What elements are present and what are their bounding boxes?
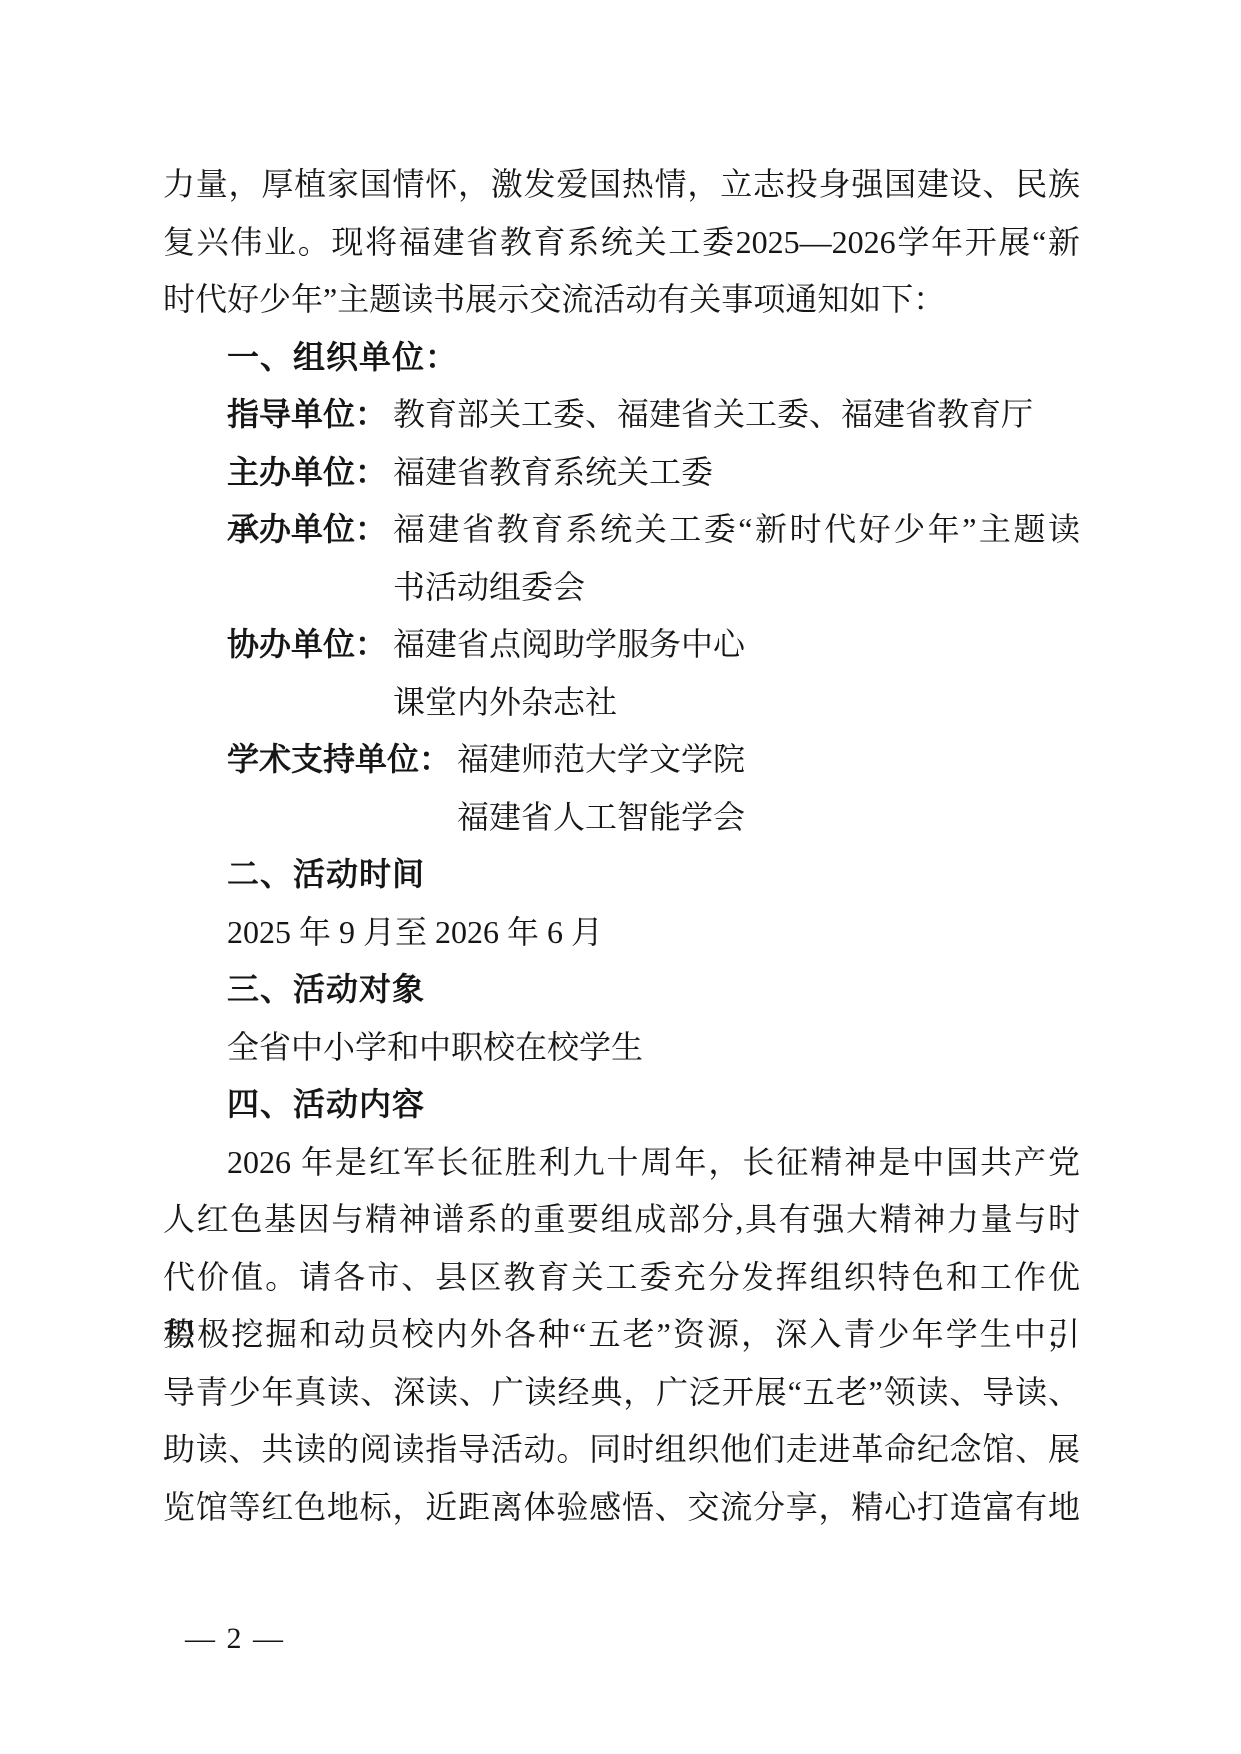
unit-label: 承办单位： bbox=[227, 501, 387, 559]
unit-entry: 承办单位：福建省教育系统关工委“新时代好少年”主题读书活动组委会 bbox=[163, 501, 1080, 616]
unit-entry: 主办单位：福建省教育系统关工委 bbox=[163, 444, 1080, 502]
unit-values: 教育部关工委、福建省关工委、福建省教育厅 bbox=[387, 386, 1080, 444]
unit-value-line: 福建省教育系统关工委 bbox=[393, 444, 1080, 502]
body-line: 2026 年是红军长征胜利九十周年，长征精神是中国共产党 bbox=[163, 1134, 1080, 1192]
body-line: 力量，厚植家国情怀，激发爱国热情，立志投身强国建设、民族 bbox=[163, 156, 1080, 214]
page-number-footer: — 2 — bbox=[185, 1622, 285, 1656]
body-line: 人红色基因与精神谱系的重要组成部分,具有强大精神力量与时 bbox=[163, 1191, 1080, 1249]
unit-label: 学术支持单位： bbox=[227, 731, 451, 789]
plain-line: 全省中小学和中职校在校学生 bbox=[163, 1019, 1080, 1077]
unit-value-line: 课堂内外杂志社 bbox=[393, 674, 1080, 732]
unit-value-line: 教育部关工委、福建省关工委、福建省教育厅 bbox=[393, 386, 1080, 444]
body-line: 复兴伟业。现将福建省教育系统关工委2025—2026学年开展“新 bbox=[163, 214, 1080, 272]
document-content: 力量，厚植家国情怀，激发爱国热情，立志投身强国建设、民族复兴伟业。现将福建省教育… bbox=[163, 156, 1080, 1536]
document-page: 力量，厚植家国情怀，激发爱国热情，立志投身强国建设、民族复兴伟业。现将福建省教育… bbox=[0, 0, 1241, 1754]
unit-label: 指导单位： bbox=[227, 386, 387, 444]
unit-entry: 学术支持单位：福建师范大学文学院福建省人工智能学会 bbox=[163, 731, 1080, 846]
section-heading: 一、组织单位： bbox=[163, 329, 1080, 387]
unit-value-line: 福建省教育系统关工委“新时代好少年”主题读 bbox=[393, 501, 1080, 559]
unit-value-line: 福建省人工智能学会 bbox=[457, 789, 1080, 847]
unit-label: 主办单位： bbox=[227, 444, 387, 502]
body-line: 积极挖掘和动员校内外各种“五老”资源，深入青少年学生中引 bbox=[163, 1306, 1080, 1364]
section-heading: 三、活动对象 bbox=[163, 961, 1080, 1019]
section-heading: 四、活动内容 bbox=[163, 1076, 1080, 1134]
body-line: 代价值。请各市、县区教育关工委充分发挥组织特色和工作优势， bbox=[163, 1249, 1080, 1307]
body-line: 时代好少年”主题读书展示交流活动有关事项通知如下： bbox=[163, 271, 1080, 329]
unit-values: 福建省点阅助学服务中心课堂内外杂志社 bbox=[387, 616, 1080, 731]
body-line: 览馆等红色地标，近距离体验感悟、交流分享，精心打造富有地 bbox=[163, 1479, 1080, 1537]
section-heading: 二、活动时间 bbox=[163, 846, 1080, 904]
body-line: 助读、共读的阅读指导活动。同时组织他们走进革命纪念馆、展 bbox=[163, 1421, 1080, 1479]
plain-line: 2025 年 9 月至 2026 年 6 月 bbox=[163, 904, 1080, 962]
unit-value-line: 福建师范大学文学院 bbox=[457, 731, 1080, 789]
unit-value-line: 书活动组委会 bbox=[393, 559, 1080, 617]
unit-values: 福建省教育系统关工委“新时代好少年”主题读书活动组委会 bbox=[387, 501, 1080, 616]
unit-values: 福建师范大学文学院福建省人工智能学会 bbox=[451, 731, 1080, 846]
unit-entry: 指导单位：教育部关工委、福建省关工委、福建省教育厅 bbox=[163, 386, 1080, 444]
body-line: 导青少年真读、深读、广读经典，广泛开展“五老”领读、导读、 bbox=[163, 1364, 1080, 1422]
unit-label: 协办单位： bbox=[227, 616, 387, 674]
unit-entry: 协办单位：福建省点阅助学服务中心课堂内外杂志社 bbox=[163, 616, 1080, 731]
unit-values: 福建省教育系统关工委 bbox=[387, 444, 1080, 502]
unit-value-line: 福建省点阅助学服务中心 bbox=[393, 616, 1080, 674]
